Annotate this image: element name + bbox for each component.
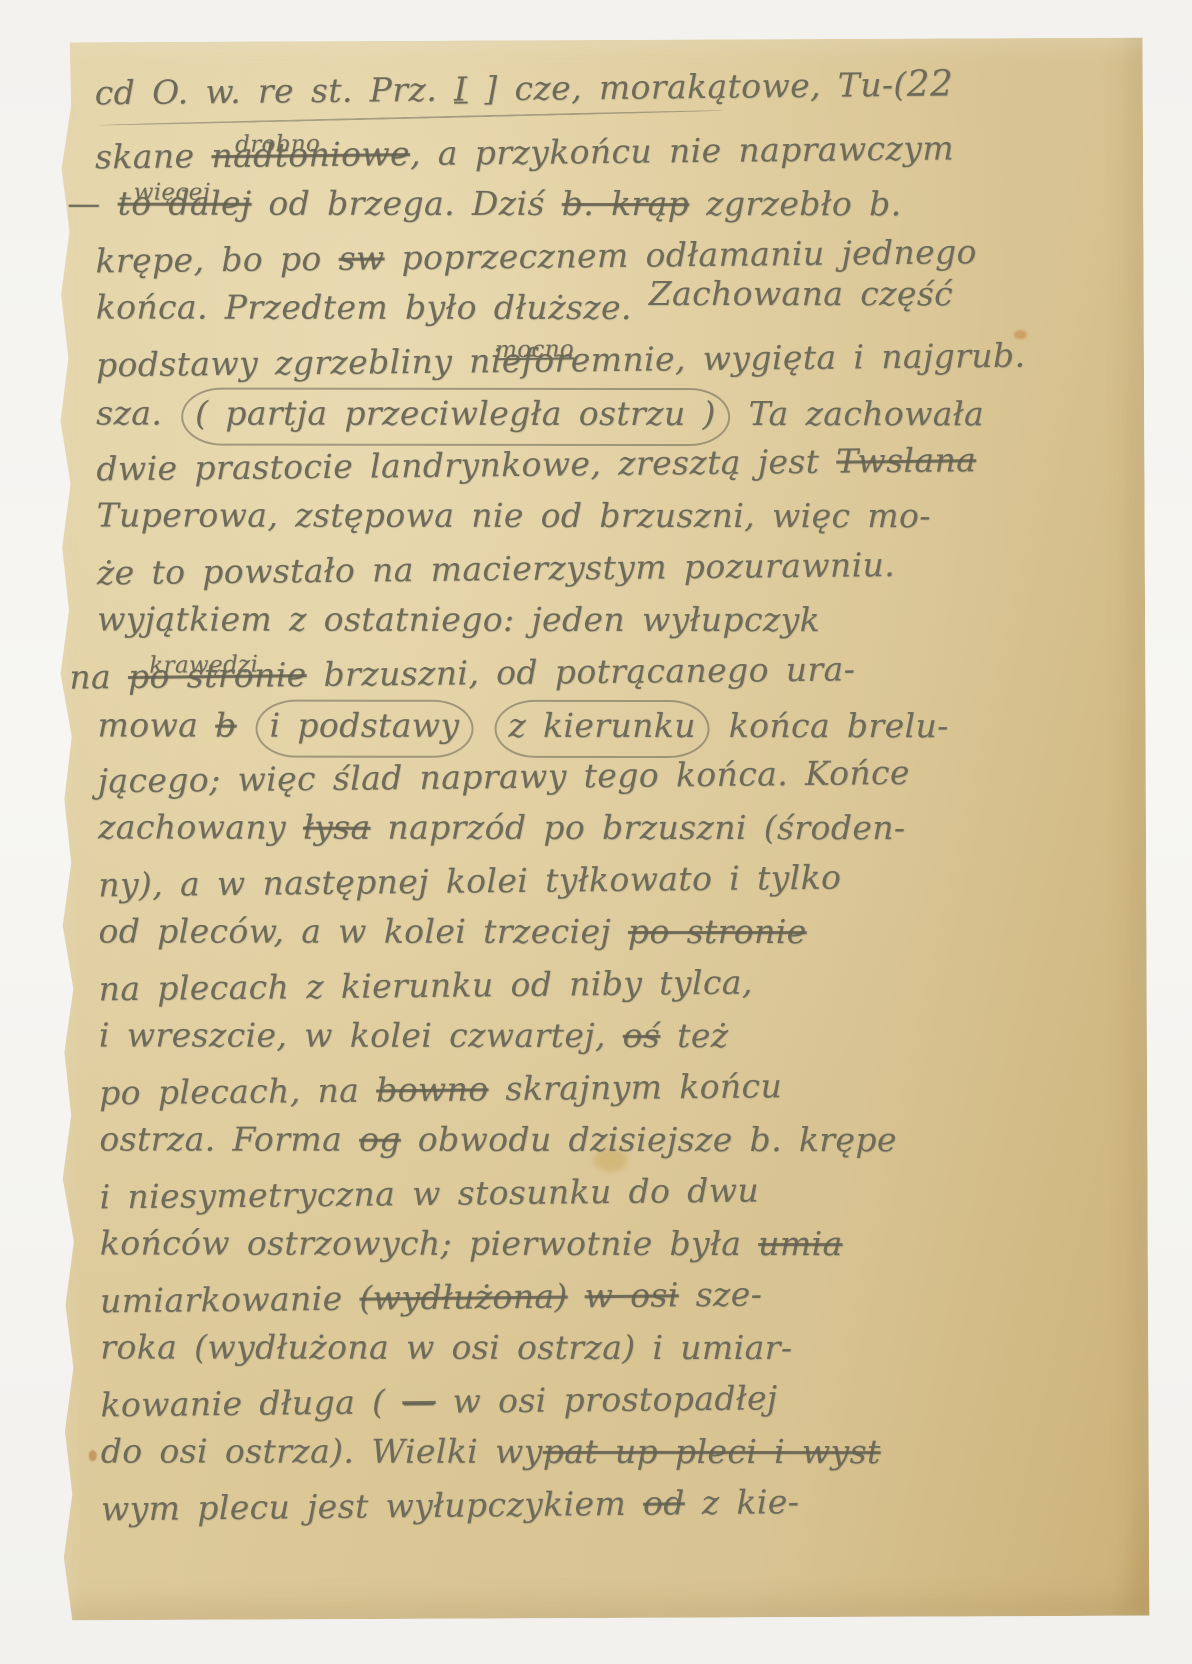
manuscript-line: do osi ostrza). Wielki wypat up pleci i … <box>101 1427 1141 1480</box>
handwritten-text: w osi prostopadłej <box>435 1378 777 1421</box>
circled-annotation: i podstawy <box>256 700 474 758</box>
manuscript-line: po plecach, na bowno skrajnym końcu <box>99 1058 1139 1121</box>
strikethrough-text: (wydłużona) <box>359 1276 568 1317</box>
handwritten-text: sze- <box>678 1274 762 1314</box>
handwritten-text: skrajnym końcu <box>488 1066 782 1108</box>
handwritten-text: i wreszcie, w kolei czwartej, <box>99 1015 623 1054</box>
strikethrough-text: po stroniekrawędzi <box>128 655 307 696</box>
handwritten-text: brzuszni, od potrącanego ura- <box>306 649 855 694</box>
manuscript-line: skane nadtoniowedrobno., a przykońcu nie… <box>95 122 1135 185</box>
inserted-text: drobno. <box>235 120 328 169</box>
strikethrough-text: oś <box>623 1016 661 1055</box>
handwritten-text: i niesymetryczna w stosunku do dwu <box>99 1170 759 1216</box>
strikethrough-text: umia <box>758 1224 842 1263</box>
handwritten-text: dwie prastocie landrynkowe, zresztą jest <box>96 442 836 489</box>
manuscript-page: cd O. w. re st. Prz. I ] cze, morakątowe… <box>55 38 1150 1621</box>
manuscript-line: dwie prastocie landrynkowe, zresztą jest… <box>96 434 1136 497</box>
circled-annotation: ( partja przeciwległa ostrzu ) <box>181 388 730 446</box>
handwritten-text: ny), a w następnej kolei tyłkowato i tyl… <box>98 858 841 905</box>
manuscript-line: umiarkowanie (wydłużona) w osi sze- <box>100 1266 1140 1329</box>
handwritten-text: , a przykońcu nie naprawczym <box>410 128 954 173</box>
handwritten-text: po plecach, na <box>99 1070 376 1112</box>
handwritten-text: krępe, bo po <box>95 239 339 281</box>
strikethrough-text: w osi <box>584 1275 678 1315</box>
manuscript-line: ny), a w następnej kolei tyłkowato i tyl… <box>98 850 1138 913</box>
handwritten-text: że to powstało na macierzystym pozurawni… <box>97 545 896 592</box>
handwriting-lines: cd O. w. re st. Prz. I ] cze, morakątowe… <box>55 38 1149 1535</box>
strikethrough-text: to dalejwięcej <box>118 184 252 223</box>
manuscript-line: mowa b i podstawy z kierunku końca brelu… <box>98 699 1138 752</box>
manuscript-line: i niesymetryczna w stosunku do dwu <box>99 1162 1139 1225</box>
handwritten-text: kowanie długa ( <box>100 1382 402 1424</box>
manuscript-line: i wreszcie, w kolei czwartej, oś też <box>99 1011 1139 1064</box>
handwritten-text: wym plecu jest wyłupczykiem <box>101 1484 643 1529</box>
handwritten-text: na <box>69 657 128 697</box>
handwritten-text <box>237 706 254 745</box>
scan-background: { "page": { "background_color": "#f5f4f1… <box>0 0 1192 1664</box>
handwritten-text: podstawy zgrzebliny <box>96 341 470 384</box>
handwritten-text: Tuperowa, zstępowa nie od brzuszni, więc… <box>97 495 931 535</box>
handwritten-text <box>568 1276 585 1315</box>
strikethrough-text: b. krąp <box>562 184 690 223</box>
handwritten-text: końca brelu- <box>712 706 949 745</box>
handwritten-text: ] cze, morakątowe, Tu-( <box>467 65 907 109</box>
manuscript-line: kowanie długa ( — w osi prostopadłej <box>100 1370 1140 1433</box>
manuscript-line: ostrza. Forma og obwodu dzisiejsze b. kr… <box>99 1115 1139 1168</box>
handwritten-text: Zachowana część <box>649 270 953 318</box>
handwritten-text: cd O. w. re st. Prz. <box>95 70 455 113</box>
manuscript-line: podstawy zgrzebliny nieforemnie,mocno wy… <box>96 330 1136 393</box>
strikethrough-text: og <box>359 1120 401 1159</box>
manuscript-line: Tuperowa, zstępowa nie od brzuszni, więc… <box>97 491 1137 544</box>
manuscript-line: końca. Przedtem było dłuższe. Zachowana … <box>96 283 1136 336</box>
page-number: 22 <box>906 63 953 104</box>
underlined-text: I <box>454 69 468 108</box>
manuscript-line: od pleców, a w kolei trzeciej po stronie <box>98 907 1138 960</box>
manuscript-line: — to dalejwięcej od brzega. Dziś b. krąp… <box>67 180 1135 233</box>
handwritten-text <box>475 706 492 745</box>
manuscript-line: wym plecu jest wyłupczykiem od z kie- <box>101 1474 1141 1537</box>
handwritten-text: od brzega. Dziś <box>252 184 562 223</box>
handwritten-text: Ta zachowała <box>732 394 984 433</box>
handwritten-text: do osi ostrza). Wielki wy <box>101 1431 543 1470</box>
manuscript-line: roka (wydłużona w osi ostrza) i umiar- <box>100 1323 1140 1376</box>
inserted-text: więcej <box>134 168 210 216</box>
handwritten-text: — <box>67 184 117 223</box>
strikethrough-text: pat up pleci i wyst <box>543 1432 881 1471</box>
handwritten-text: zgrzebło b. <box>689 184 901 223</box>
handwritten-text: sza. <box>96 393 179 432</box>
inserted-text: mocno <box>495 325 575 374</box>
manuscript-line: na po stroniekrawędzi brzuszni, od potrą… <box>69 642 1137 705</box>
strikethrough-text: po stronie <box>628 912 807 951</box>
handwritten-text: roka (wydłużona w osi ostrza) i umiar- <box>100 1327 792 1367</box>
strikethrough-text: łysa <box>303 808 371 847</box>
inserted-text: krawędzi <box>149 640 258 689</box>
strikethrough-text: sw <box>338 238 384 277</box>
strikethrough-text: bowno <box>376 1069 489 1109</box>
handwritten-text: umiarkowanie <box>100 1279 360 1321</box>
manuscript-line: krępe, bo po sw poprzecznem odłamaniu je… <box>95 226 1135 289</box>
handwritten-text: nieforemnie,mocno <box>469 339 686 380</box>
strikethrough-text: b <box>215 706 237 745</box>
circled-annotation: z kierunku <box>494 700 710 758</box>
handwritten-text: wyjątkiem z ostatniego: jeden wyłupczyk <box>97 599 820 639</box>
handwritten-text: końców ostrzowych; pierwotnie była <box>100 1223 758 1263</box>
manuscript-line: jącego; więc ślad naprawy tego końca. Ko… <box>98 746 1138 809</box>
manuscript-line: zachowany łysa naprzód po brzuszni (środ… <box>98 803 1138 856</box>
strikethrough-text: od <box>643 1483 685 1522</box>
handwritten-text: jącego; więc ślad naprawy tego końca. Ko… <box>98 753 910 801</box>
strikethrough-text: nadtoniowedrobno. <box>211 134 410 175</box>
handwritten-text: końca. Przedtem było dłuższe. <box>96 287 649 326</box>
handwritten-text: naprzód po brzuszni (środen- <box>371 808 906 847</box>
handwritten-text: wygięta i najgrub. <box>686 336 1026 379</box>
handwritten-text: na plecach z kierunku od niby tylca, <box>98 963 752 1009</box>
handwritten-text: z kie- <box>685 1482 800 1522</box>
handwritten-text: od pleców, a w kolei trzeciej <box>98 911 628 950</box>
manuscript-line: końców ostrzowych; pierwotnie była umia <box>100 1219 1140 1272</box>
manuscript-line: sza. ( partja przeciwległa ostrzu ) Ta z… <box>96 387 1136 440</box>
handwritten-text: obwodu dzisiejsze b. krępe <box>401 1120 897 1159</box>
handwritten-text: mowa <box>98 705 216 744</box>
strikethrough-text: Twslana <box>836 440 976 480</box>
manuscript-line: na plecach z kierunku od niby tylca, <box>98 954 1138 1017</box>
manuscript-line: że to powstało na macierzystym pozurawni… <box>97 538 1137 601</box>
strikethrough-text: — <box>402 1382 436 1421</box>
handwritten-text: ostrza. Forma <box>99 1119 359 1158</box>
handwritten-text: zachowany <box>98 807 303 846</box>
handwritten-text: też <box>660 1016 728 1055</box>
